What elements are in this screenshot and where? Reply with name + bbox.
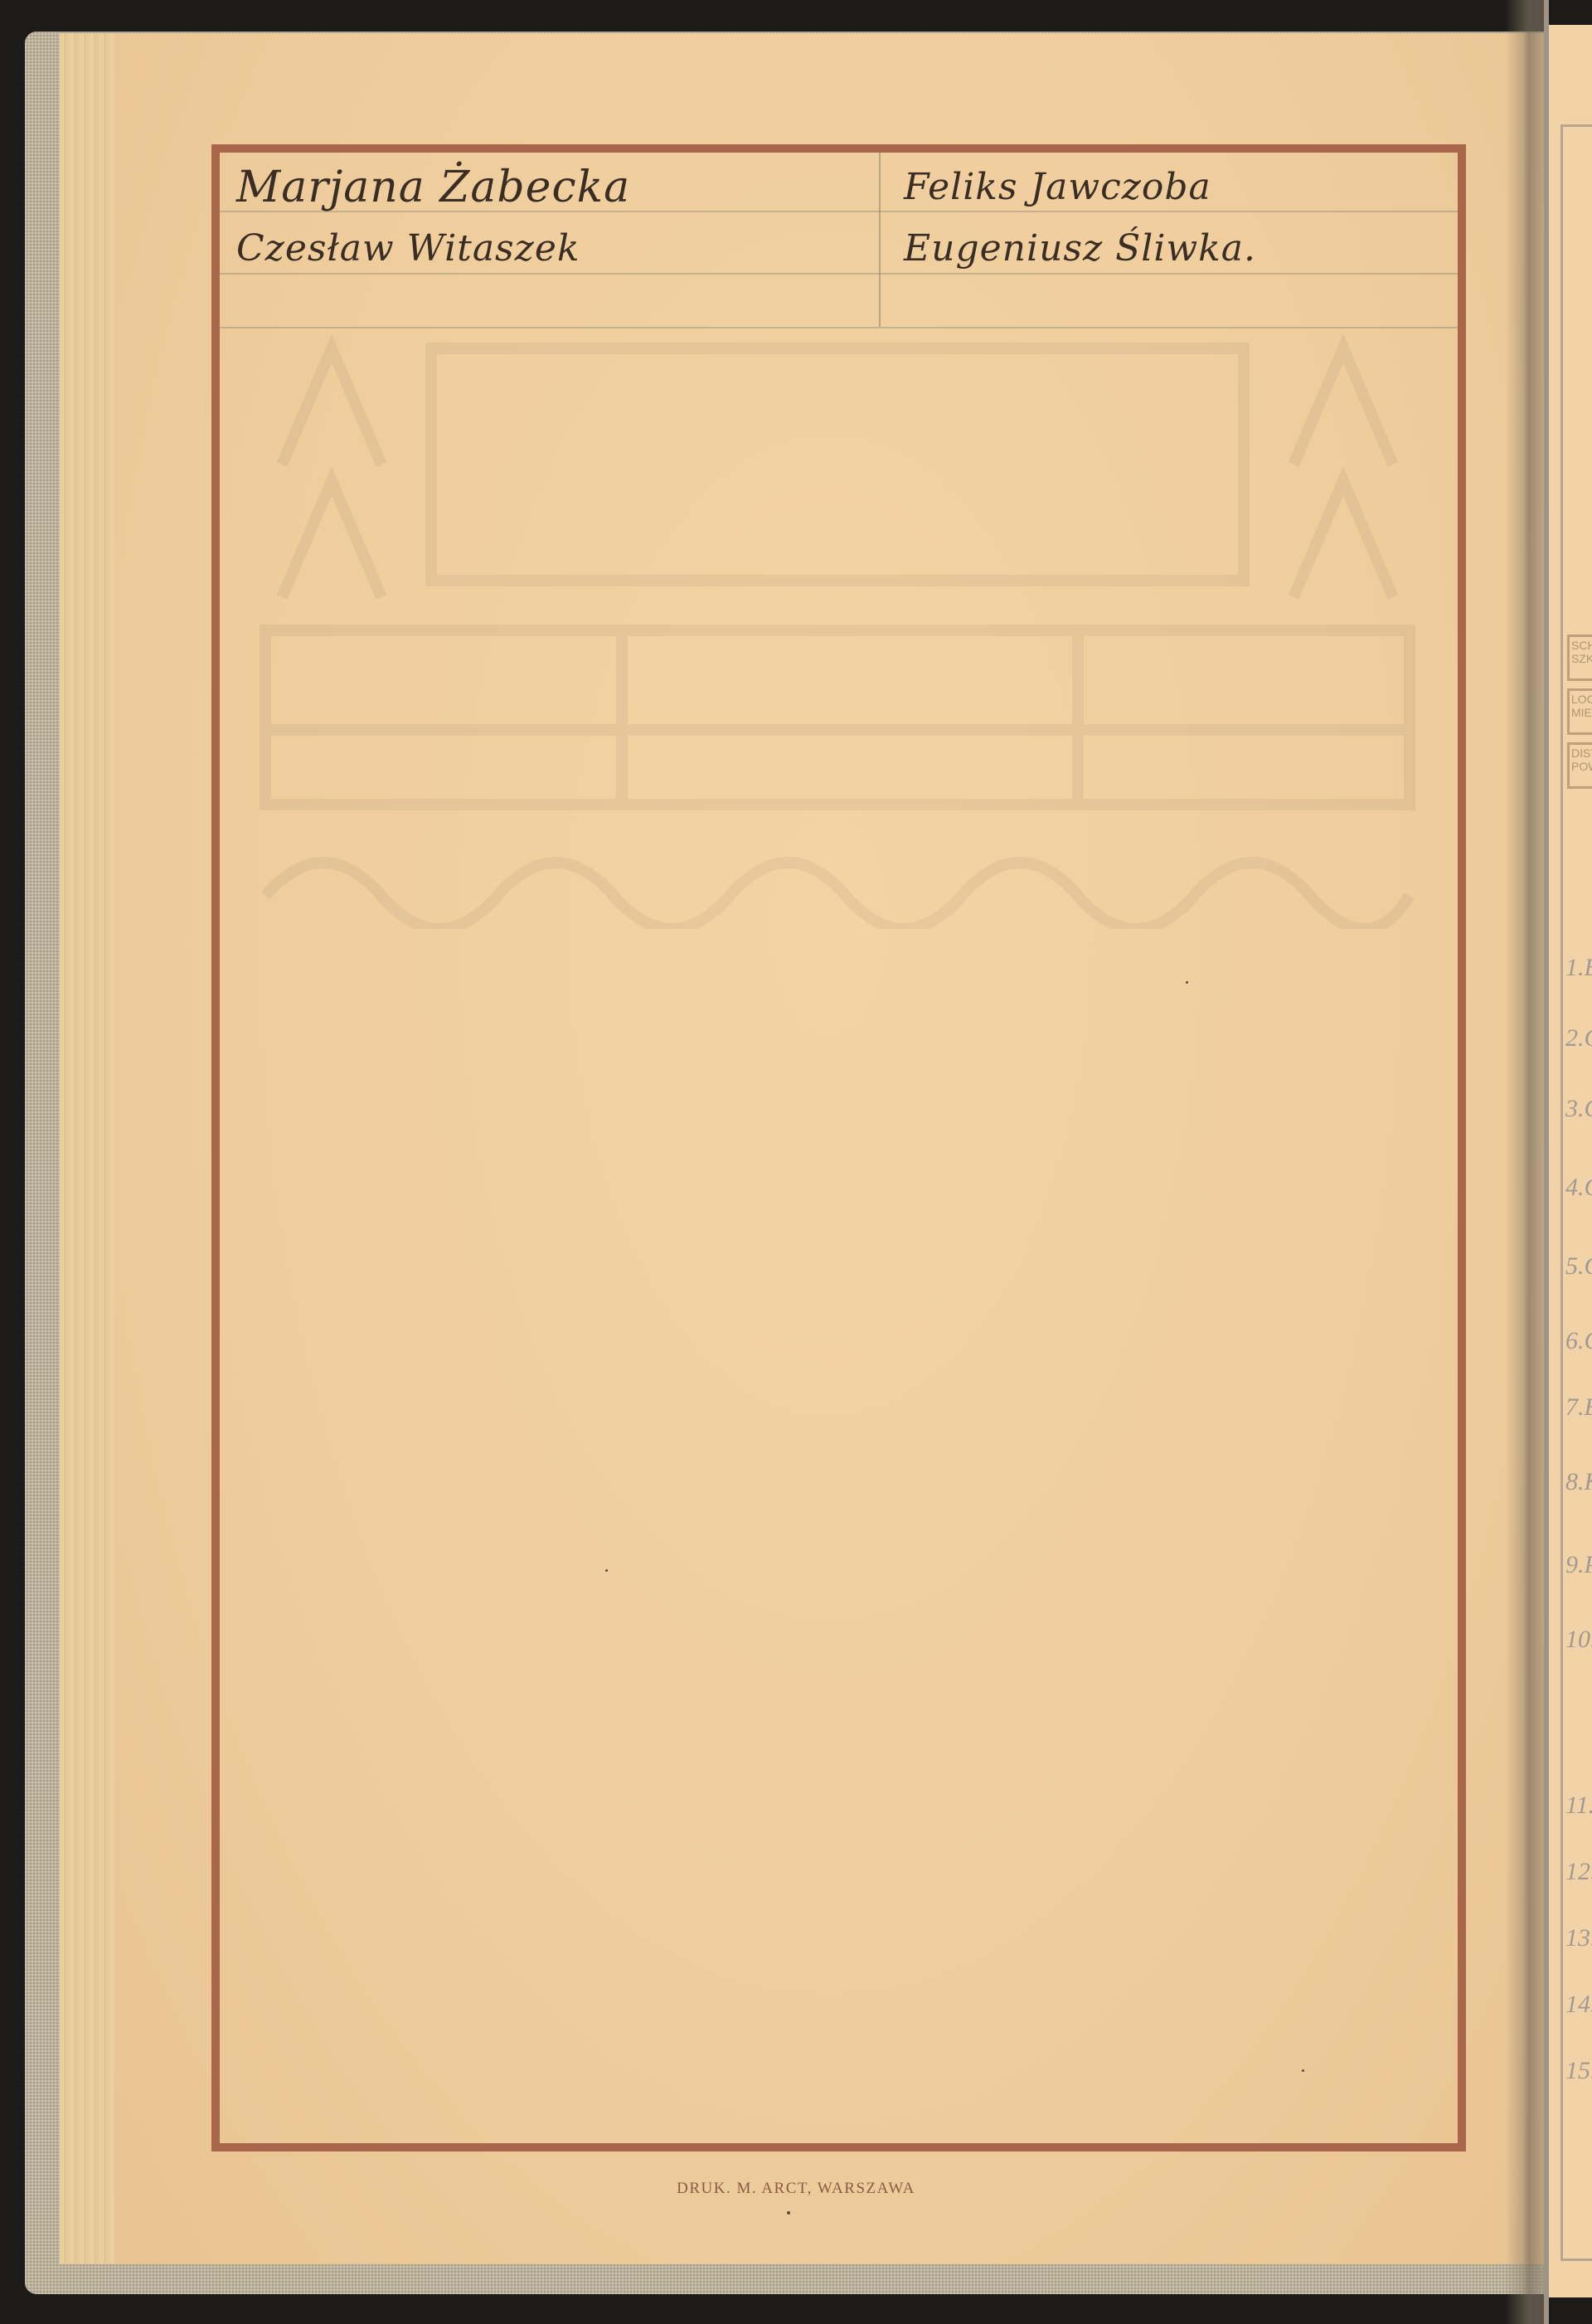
facing-entry: 15.Wi	[1565, 2057, 1592, 2085]
facing-entry: 6.Gnaz	[1565, 1327, 1592, 1355]
signature-table: Marjana Żabecka Czesław Witaszek Feliks …	[220, 153, 1458, 2143]
ruled-line	[220, 273, 1458, 275]
signature-left-1: Marjana Żabecka	[236, 163, 630, 212]
facing-entry: 4.Ger	[1565, 1174, 1592, 1202]
facing-label-block: DIST POW	[1567, 742, 1592, 789]
facing-entry: 9.Pi	[1565, 1551, 1592, 1579]
facing-entry: 13.Edu	[1565, 1924, 1592, 1952]
facing-entry: 8.Ko	[1565, 1468, 1592, 1496]
signature-right-1: Feliks Jawczoba	[904, 166, 1211, 208]
ruled-frame: Marjana Żabecka Czesław Witaszek Feliks …	[211, 144, 1466, 2151]
facing-entry: 12.Sta	[1565, 1858, 1592, 1886]
facing-label-block: SCHO SZKO	[1567, 634, 1592, 681]
signature-left-2: Czesław Witaszek	[236, 227, 580, 270]
facing-entry: 11.Sta	[1565, 1792, 1592, 1820]
facing-entry: 5.Gna	[1565, 1252, 1592, 1281]
ink-speck	[605, 1569, 608, 1572]
facing-entry: 10.Ra	[1565, 1626, 1592, 1654]
facing-entry: 2.Cie	[1565, 1024, 1592, 1053]
ink-speck	[1302, 2069, 1304, 2072]
book-gutter-shadow	[1505, 0, 1545, 2324]
page-edges	[60, 33, 118, 2264]
printer-imprint: DRUK. M. ARCT, WARSZAWA	[0, 2180, 1592, 2198]
ruled-line	[220, 327, 1458, 328]
ink-speck	[787, 2211, 790, 2215]
signature-right-2: Eugeniusz Śliwka.	[904, 227, 1256, 270]
facing-entry: 14.Sob	[1565, 1991, 1592, 2019]
facing-page-sliver: SCHO SZKO LOC MIE DIST POW 1.Bo 2.Cie 3.…	[1549, 25, 1592, 2297]
ink-speck	[1186, 981, 1188, 984]
facing-label-block: LOC MIE	[1567, 688, 1592, 735]
facing-entry: 7.Edu	[1565, 1393, 1592, 1422]
facing-entry: 3.Gur	[1565, 1095, 1592, 1123]
column-divider	[879, 153, 881, 327]
facing-entry: 1.Bo	[1565, 954, 1592, 982]
